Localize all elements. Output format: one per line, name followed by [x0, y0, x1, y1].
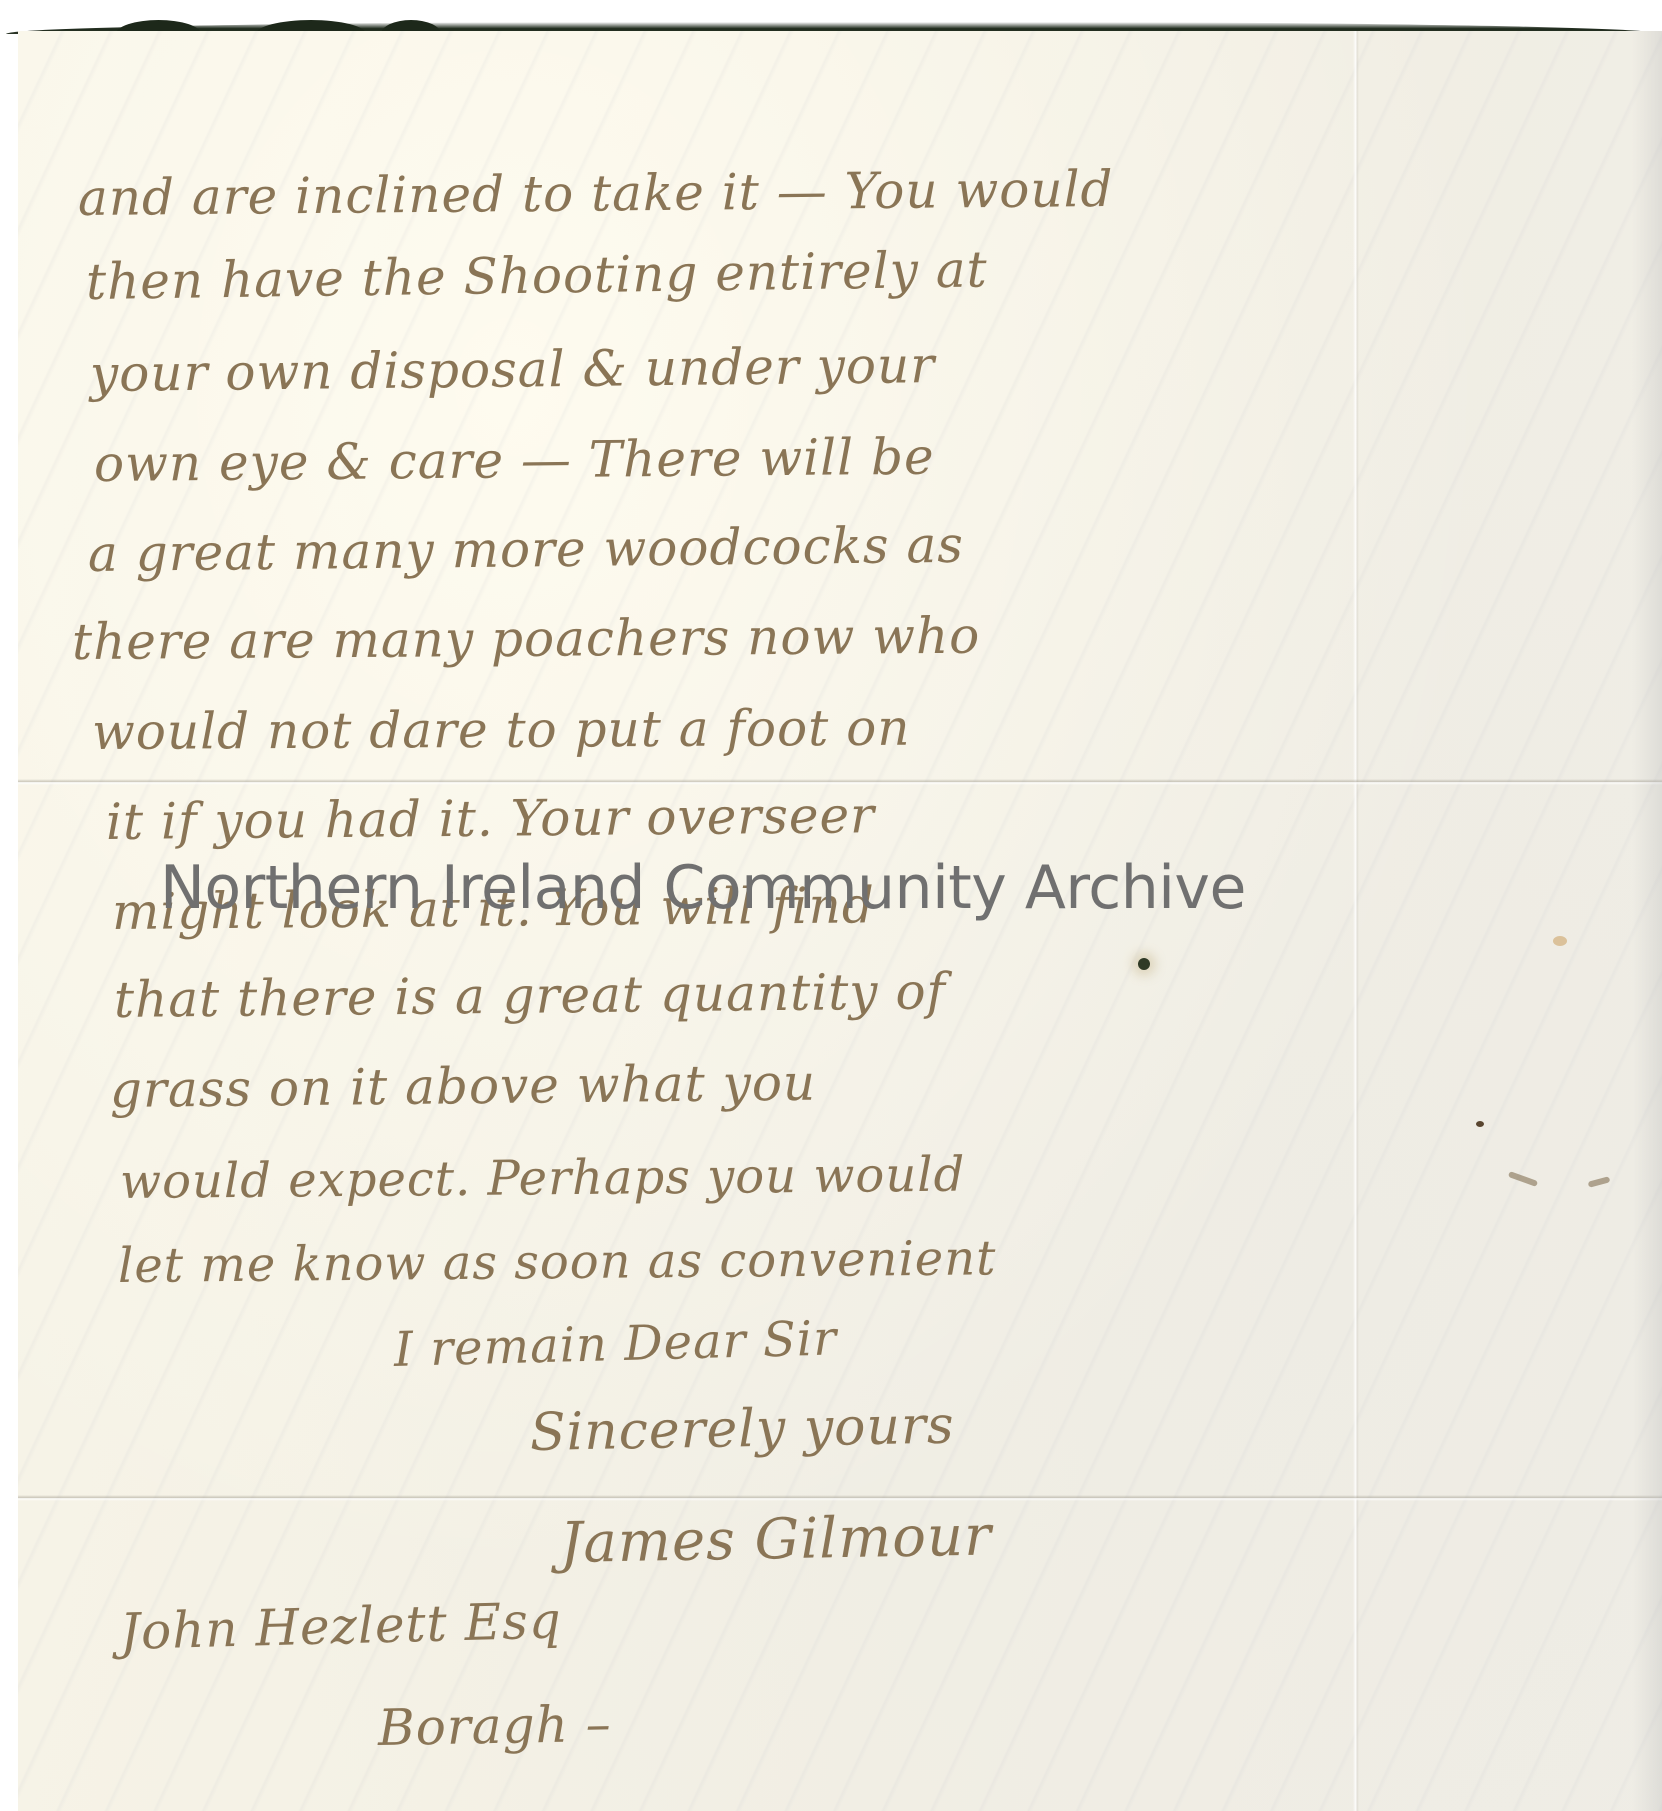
handwritten-line: I remain Dear Sir: [393, 1310, 837, 1378]
handwritten-line: Sincerely yours: [529, 1396, 955, 1463]
page-edge-shadow: [1632, 31, 1662, 1811]
handwritten-line: let me know as soon as convenient: [118, 1230, 997, 1294]
handwritten-line: there are many poachers now who: [72, 606, 981, 670]
ink-mark: [1508, 1171, 1538, 1187]
horizontal-fold-crease-upper: [18, 779, 1662, 785]
ink-blot: [1138, 958, 1150, 970]
handwritten-line: James Gilmour: [559, 1504, 992, 1577]
vertical-fold-crease: [1353, 31, 1359, 1811]
handwritten-line: your own disposal & under your: [90, 336, 936, 403]
ink-mark: [1588, 1176, 1611, 1187]
archive-watermark: Northern Ireland Community Archive: [160, 858, 1246, 918]
handwritten-line: and are inclined to take it — You would: [78, 159, 1114, 226]
handwritten-line: Boragh –: [377, 1694, 612, 1756]
handwritten-line: then have the Shooting entirely at: [86, 240, 988, 311]
foxing-spot: [1553, 936, 1567, 946]
handwritten-line: a great many more woodcocks as: [88, 515, 964, 582]
horizontal-fold-crease-lower: [18, 1495, 1662, 1501]
handwritten-line: that there is a great quantity of: [114, 962, 947, 1029]
handwritten-line: own eye & care — There will be: [94, 427, 935, 492]
ink-speck: [1476, 1121, 1484, 1127]
scan-canvas: and are inclined to take it — You wouldt…: [0, 0, 1662, 1811]
handwritten-line: would expect. Perhaps you would: [120, 1146, 966, 1209]
handwritten-line: John Hezlett Esq: [119, 1591, 562, 1661]
handwritten-line: it if you had it. Your overseer: [106, 786, 875, 851]
handwritten-line: grass on it above what you: [110, 1053, 817, 1118]
handwritten-line: would not dare to put a foot on: [92, 698, 911, 760]
